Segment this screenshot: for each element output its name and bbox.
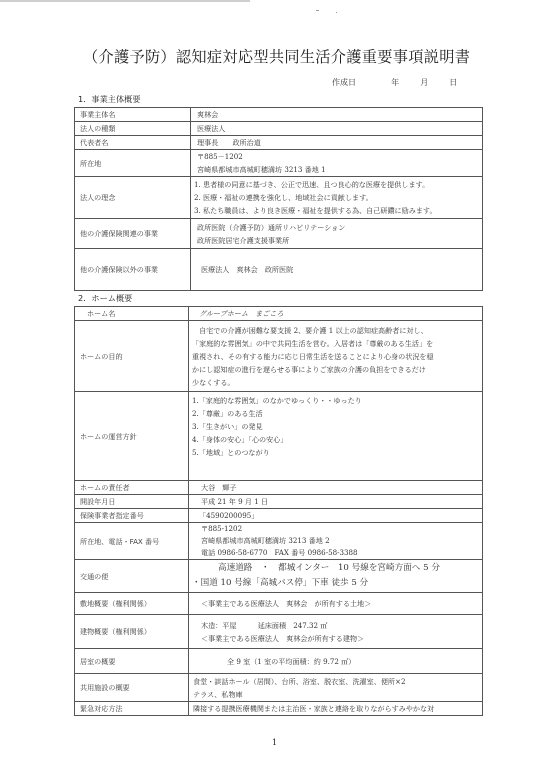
value-line: 理事長 政所治道 xyxy=(197,136,482,149)
value-line: 2. 医療・福祉の連携を強化し、地域社会に貢献します。 xyxy=(194,191,482,204)
table-row: ホームの運営方針 1.「家庭的な雰囲気」のなかでゆっくり・・ゆったり 2.「尊厳… xyxy=(75,392,483,481)
row-label: 居室の概要 xyxy=(75,649,189,674)
table-row: 共用施設の概要 食堂・談話ホール（居間）、台所、浴室、脱衣室、洗濯室、便所×2 … xyxy=(75,674,483,702)
value-line: かにし認知症の進行を遅らせる事によりご家族の介護の負担をできるだけ xyxy=(192,363,482,376)
table-row: 居室の概要 全 9 室（1 室の平均面積：約 9.72 ㎡） xyxy=(75,649,483,674)
value-line: 3.「生きがい」の発見 xyxy=(192,420,482,433)
row-label: ホームの責任者 xyxy=(75,481,189,495)
table-row: 交通の便 高速道路 ・ 都城インター 10 号線を宮崎方面へ 5 分 ・国道 1… xyxy=(75,560,483,593)
row-value: 1. 患者様の同意に基づき、公正で迅速、且つ良心的な医療を提供します。 2. 医… xyxy=(191,177,483,219)
row-value: 〒885-1202 宮崎県都城市高城町穂満坊 3213 番地 2 電話 0986… xyxy=(189,523,483,560)
value-line: 重視され、その有する能力に応じ日常生活を送ることにより心身の状況を穏 xyxy=(192,350,482,363)
row-value: 医療法人 爽林会 政所医院 xyxy=(191,249,483,291)
table-row: 法人の種類 医療法人 xyxy=(75,122,483,136)
table-row: 保険事業者指定番号 「4590200095」 xyxy=(75,509,483,523)
table-row: 法人の理念 1. 患者様の同意に基づき、公正で迅速、且つ良心的な医療を提供します… xyxy=(75,177,483,219)
value-line: 食堂・談話ホール（居間）、台所、浴室、脱衣室、洗濯室、便所×2 xyxy=(193,675,482,688)
row-label: 所在地 xyxy=(75,150,191,177)
row-label: 保険事業者指定番号 xyxy=(75,509,189,523)
value-line: 「家庭的な雰囲気」の中で共同生活を営む。入居者は「尊厳のある生活」を xyxy=(192,337,482,350)
value-line: 大谷 輝子 xyxy=(201,481,482,494)
created-date-day: 日 xyxy=(449,77,457,88)
table-row: 代表者名 理事長 政所治道 xyxy=(75,136,483,150)
value-line: 〒885-1202 xyxy=(201,523,482,535)
row-value: 大谷 輝子 xyxy=(189,481,483,495)
value-line: 爽林会 xyxy=(197,108,482,121)
table-row: 事業主体名 爽林会 xyxy=(75,108,483,122)
row-label: ホームの目的 xyxy=(75,321,189,392)
scan-edge-artifact xyxy=(0,0,250,2)
row-label: 開設年月日 xyxy=(75,495,189,509)
value-line: 政所医院居宅介護支援事業所 xyxy=(197,234,482,247)
row-label: 代表者名 xyxy=(75,136,191,150)
created-date-month: 月 xyxy=(420,77,428,88)
row-label: 建物概要（権利関係） xyxy=(75,615,189,649)
row-value: 爽林会 xyxy=(191,108,483,122)
value-line: テラス、私物庫 xyxy=(193,688,482,701)
row-value: 理事長 政所治道 xyxy=(191,136,483,150)
row-label: ホームの運営方針 xyxy=(75,392,189,481)
created-date-year: 年 xyxy=(391,77,399,88)
value-line: 医療法人 xyxy=(197,122,482,135)
table-row: ホーム名 グループホーム まごころ xyxy=(75,307,483,321)
row-value: 食堂・談話ホール（居間）、台所、浴室、脱衣室、洗濯室、便所×2 テラス、私物庫 xyxy=(189,674,483,702)
row-label: 所在地、電話・FAX 番号 xyxy=(75,523,189,560)
table-row: ホームの責任者 大谷 輝子 xyxy=(75,481,483,495)
section2-heading: 2．ホーム概要 xyxy=(78,293,132,304)
business-entity-table: 事業主体名 爽林会 法人の種類 医療法人 代表者名 理事長 政所治道 所在地 〒… xyxy=(74,107,483,291)
home-overview-table: ホーム名 グループホーム まごころ ホームの目的 自宅での介護が困難な要支援 2… xyxy=(74,306,483,716)
value-line: 全 9 室（1 室の平均面積：約 9.72 ㎡） xyxy=(227,655,482,668)
row-value: 木造：平屋 延床面積 247.32 ㎡ ＜事業主である医療法人 爽林会が所有する… xyxy=(189,615,483,649)
row-label: 交通の便 xyxy=(75,560,189,593)
value-line: 「4590200095」 xyxy=(199,509,482,522)
row-value: 隣接する提携医療機関または主治医・家族と連絡を取りながらすみやかな対 xyxy=(189,702,483,716)
row-label: 法人の種類 xyxy=(75,122,191,136)
created-date-line: 作成日 年 月 日 xyxy=(332,77,457,88)
value-line: 高速道路 ・ 都城インター 10 号線を宮崎方面へ 5 分 xyxy=(192,561,482,576)
row-value: 〒885－1202 宮崎県都城市高城町穂満坊 3213 番地 1 xyxy=(191,150,483,177)
value-line: 〒885－1202 xyxy=(197,150,482,163)
table-row: ホームの目的 自宅での介護が困難な要支援 2、要介護 1 以上の認知症高齢者に対… xyxy=(75,321,483,392)
value-line: 4.「身体の安心」「心の安心」 xyxy=(192,433,482,446)
row-label: 敷地概要（権利関係） xyxy=(75,593,189,615)
value-line: 隣接する提携医療機関または主治医・家族と連絡を取りながらすみやかな対 xyxy=(193,702,482,715)
table-row: 開設年月日 平成 21 年 9 月 1 日 xyxy=(75,495,483,509)
value-line: 3. 私たち職員は、より良き医療・福祉を提供する為、自己研鑽に励みます。 xyxy=(194,204,482,217)
row-value: 政所医院（介護予防）通所リハビリテーション 政所医院居宅介護支援事業所 xyxy=(191,219,483,249)
row-value: 「4590200095」 xyxy=(189,509,483,523)
value-line: 政所医院（介護予防）通所リハビリテーション xyxy=(197,221,482,234)
document-title: （介護予防）認知症対応型共同生活介護重要事項説明書 xyxy=(83,46,483,67)
row-value: 医療法人 xyxy=(191,122,483,136)
value-line: 少なくする。 xyxy=(192,376,482,389)
scan-speck xyxy=(336,12,337,13)
created-date-label: 作成日 xyxy=(332,77,356,88)
table-row: 他の介護保険以外の事業 医療法人 爽林会 政所医院 xyxy=(75,249,483,291)
row-label: 緊急対応方法 xyxy=(75,702,189,716)
table-row: 所在地 〒885－1202 宮崎県都城市高城町穂満坊 3213 番地 1 xyxy=(75,150,483,177)
table-row: 建物概要（権利関係） 木造：平屋 延床面積 247.32 ㎡ ＜事業主である医療… xyxy=(75,615,483,649)
row-value: グループホーム まごころ xyxy=(189,307,483,321)
value-line: 宮崎県都城市高城町穂満坊 3213 番地 1 xyxy=(197,163,482,176)
row-label: 共用施設の概要 xyxy=(75,674,189,702)
value-line: 木造：平屋 延床面積 247.32 ㎡ xyxy=(201,619,482,632)
value-line: 2.「尊厳」のある生活 xyxy=(192,407,482,420)
row-value: 自宅での介護が困難な要支援 2、要介護 1 以上の認知症高齢者に対し、 「家庭的… xyxy=(189,321,483,392)
row-value: 平成 21 年 9 月 1 日 xyxy=(189,495,483,509)
value-line: 1. 患者様の同意に基づき、公正で迅速、且つ良心的な医療を提供します。 xyxy=(194,178,482,191)
value-line: 1.「家庭的な雰囲気」のなかでゆっくり・・ゆったり xyxy=(192,394,482,407)
row-value: ＜事業主である医療法人 爽林会 が所有する土地＞ xyxy=(189,593,483,615)
row-label: ホーム名 xyxy=(75,307,189,321)
row-label: 事業主体名 xyxy=(75,108,191,122)
value-line: ・国道 10 号線「高城バス停」下車 徒歩 5 分 xyxy=(192,576,482,591)
row-value: 1.「家庭的な雰囲気」のなかでゆっくり・・ゆったり 2.「尊厳」のある生活 3.… xyxy=(189,392,483,481)
section1-heading: 1．事業主体概要 xyxy=(78,94,141,105)
row-label: 他の介護保険関連の事業 xyxy=(75,219,191,249)
table-row: 他の介護保険関連の事業 政所医院（介護予防）通所リハビリテーション 政所医院居宅… xyxy=(75,219,483,249)
row-label: 他の介護保険以外の事業 xyxy=(75,249,191,291)
value-line: ＜事業主である医療法人 爽林会が所有する建物＞ xyxy=(201,632,482,645)
table-row: 緊急対応方法 隣接する提携医療機関または主治医・家族と連絡を取りながらすみやかな… xyxy=(75,702,483,716)
page-number: 1 xyxy=(272,738,277,747)
value-line: グループホーム まごころ xyxy=(199,307,482,320)
value-line: 電話 0986-58-6770 FAX 番号 0986-58-3388 xyxy=(201,547,482,559)
value-line: 医療法人 爽林会 政所医院 xyxy=(201,263,482,276)
row-label: 法人の理念 xyxy=(75,177,191,219)
value-line: 宮崎県都城市高城町穂満坊 3213 番地 2 xyxy=(201,535,482,547)
row-value: 高速道路 ・ 都城インター 10 号線を宮崎方面へ 5 分 ・国道 10 号線「… xyxy=(189,560,483,593)
value-line: 5.「地域」とのつながり xyxy=(192,446,482,459)
value-line: ＜事業主である医療法人 爽林会 が所有する土地＞ xyxy=(201,597,482,610)
table-row: 敷地概要（権利関係） ＜事業主である医療法人 爽林会 が所有する土地＞ xyxy=(75,593,483,615)
table-row: 所在地、電話・FAX 番号 〒885-1202 宮崎県都城市高城町穂満坊 321… xyxy=(75,523,483,560)
value-line: 自宅での介護が困難な要支援 2、要介護 1 以上の認知症高齢者に対し、 xyxy=(192,324,482,337)
value-line: 平成 21 年 9 月 1 日 xyxy=(201,495,482,508)
scan-speck xyxy=(316,10,319,11)
row-value: 全 9 室（1 室の平均面積：約 9.72 ㎡） xyxy=(189,649,483,674)
